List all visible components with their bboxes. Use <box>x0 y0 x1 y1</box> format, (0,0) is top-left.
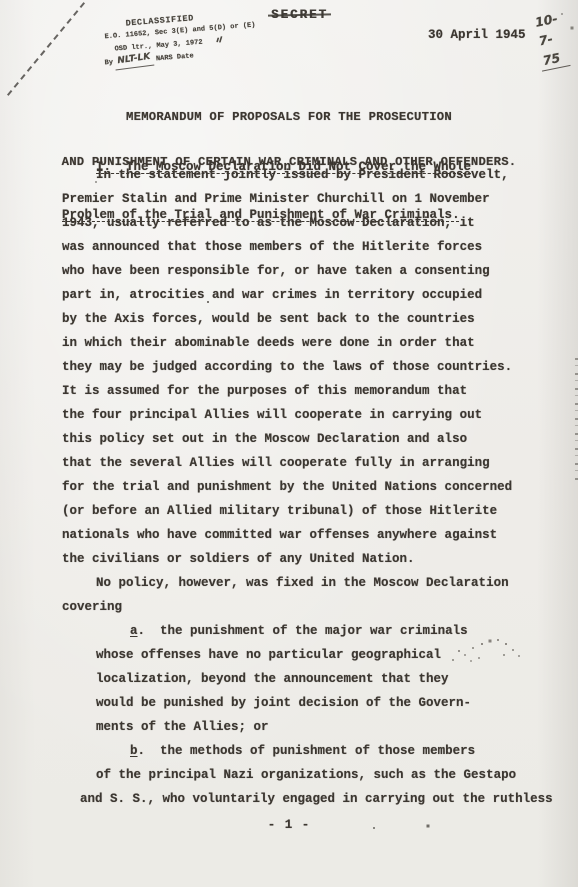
pencil-smudge-specks <box>0 0 2 2</box>
stamp-handwritten-date: 10-7-75 <box>530 8 570 72</box>
text-line: in which their abominable deeds were don… <box>62 331 567 355</box>
text-line: would be punished by joint decision of t… <box>62 691 567 715</box>
text-line: a. the punishment of the major war crimi… <box>62 619 567 643</box>
text-line: covering <box>62 595 567 619</box>
text-line: the four principal Allies will cooperate… <box>62 403 567 427</box>
text-line: Premier Stalin and Prime Minister Church… <box>62 187 567 211</box>
text-line: In the statement jointly issued by Presi… <box>62 163 567 187</box>
text-line: ments of the Allies; or <box>62 715 567 739</box>
title-line-1: MEMORANDUM OF PROPOSALS FOR THE PROSECUT… <box>0 110 578 125</box>
line-text: . the methods of punishment of those mem… <box>138 744 476 758</box>
text-line: It is assumed for the purposes of this m… <box>62 379 567 403</box>
text-line: part in, atrocities and war crimes in te… <box>62 283 567 307</box>
text-line: 1943, usually referred to as the Moscow … <box>62 211 567 235</box>
line-text: . the punishment of the major war crimin… <box>138 624 468 638</box>
text-line: that the several Allies will cooperate f… <box>62 451 567 475</box>
document-body: In the statement jointly issued by Presi… <box>62 163 567 811</box>
text-line: who have been responsible for, or have t… <box>62 259 567 283</box>
text-line: whose offenses have no particular geogra… <box>62 643 567 667</box>
text-line: of the principal Nazi organizations, suc… <box>62 763 567 787</box>
text-line: this policy set out in the Moscow Declar… <box>62 427 567 451</box>
text-line: No policy, however, was fixed in the Mos… <box>62 571 567 595</box>
document-date: 30 April 1945 <box>428 28 526 42</box>
text-line: for the trial and punishment by the Unit… <box>62 475 567 499</box>
secret-stamp: SECRET <box>271 8 328 22</box>
text-line: localization, beyond the announcement th… <box>62 667 567 691</box>
text-line: (or before an Allied military tribunal) … <box>62 499 567 523</box>
text-line: b. the methods of punishment of those me… <box>62 739 567 763</box>
text-line: and S. S., who voluntarily engaged in ca… <box>62 787 567 811</box>
handwritten-mark: ıl <box>216 34 223 47</box>
declassification-stamp: DECLASSIFIED E.O. 11652, Sec 3(E) and 5(… <box>103 5 291 71</box>
text-line: was announced that those members of the … <box>62 235 567 259</box>
list-letter: b <box>130 744 138 758</box>
document-page: DECLASSIFIED E.O. 11652, Sec 3(E) and 5(… <box>0 0 578 887</box>
list-letter: a <box>130 624 138 638</box>
text-line: they may be judged according to the laws… <box>62 355 567 379</box>
text-line: nationals who have committed war offense… <box>62 523 567 547</box>
text-line: the civilians or soldiers of any United … <box>62 547 567 571</box>
stamp-nars-label: NARS Date <box>156 52 194 63</box>
stamp-by-label: By <box>104 59 113 68</box>
text-line: by the Axis forces, would be sent back t… <box>62 307 567 331</box>
page-number: - 1 - <box>0 818 578 832</box>
